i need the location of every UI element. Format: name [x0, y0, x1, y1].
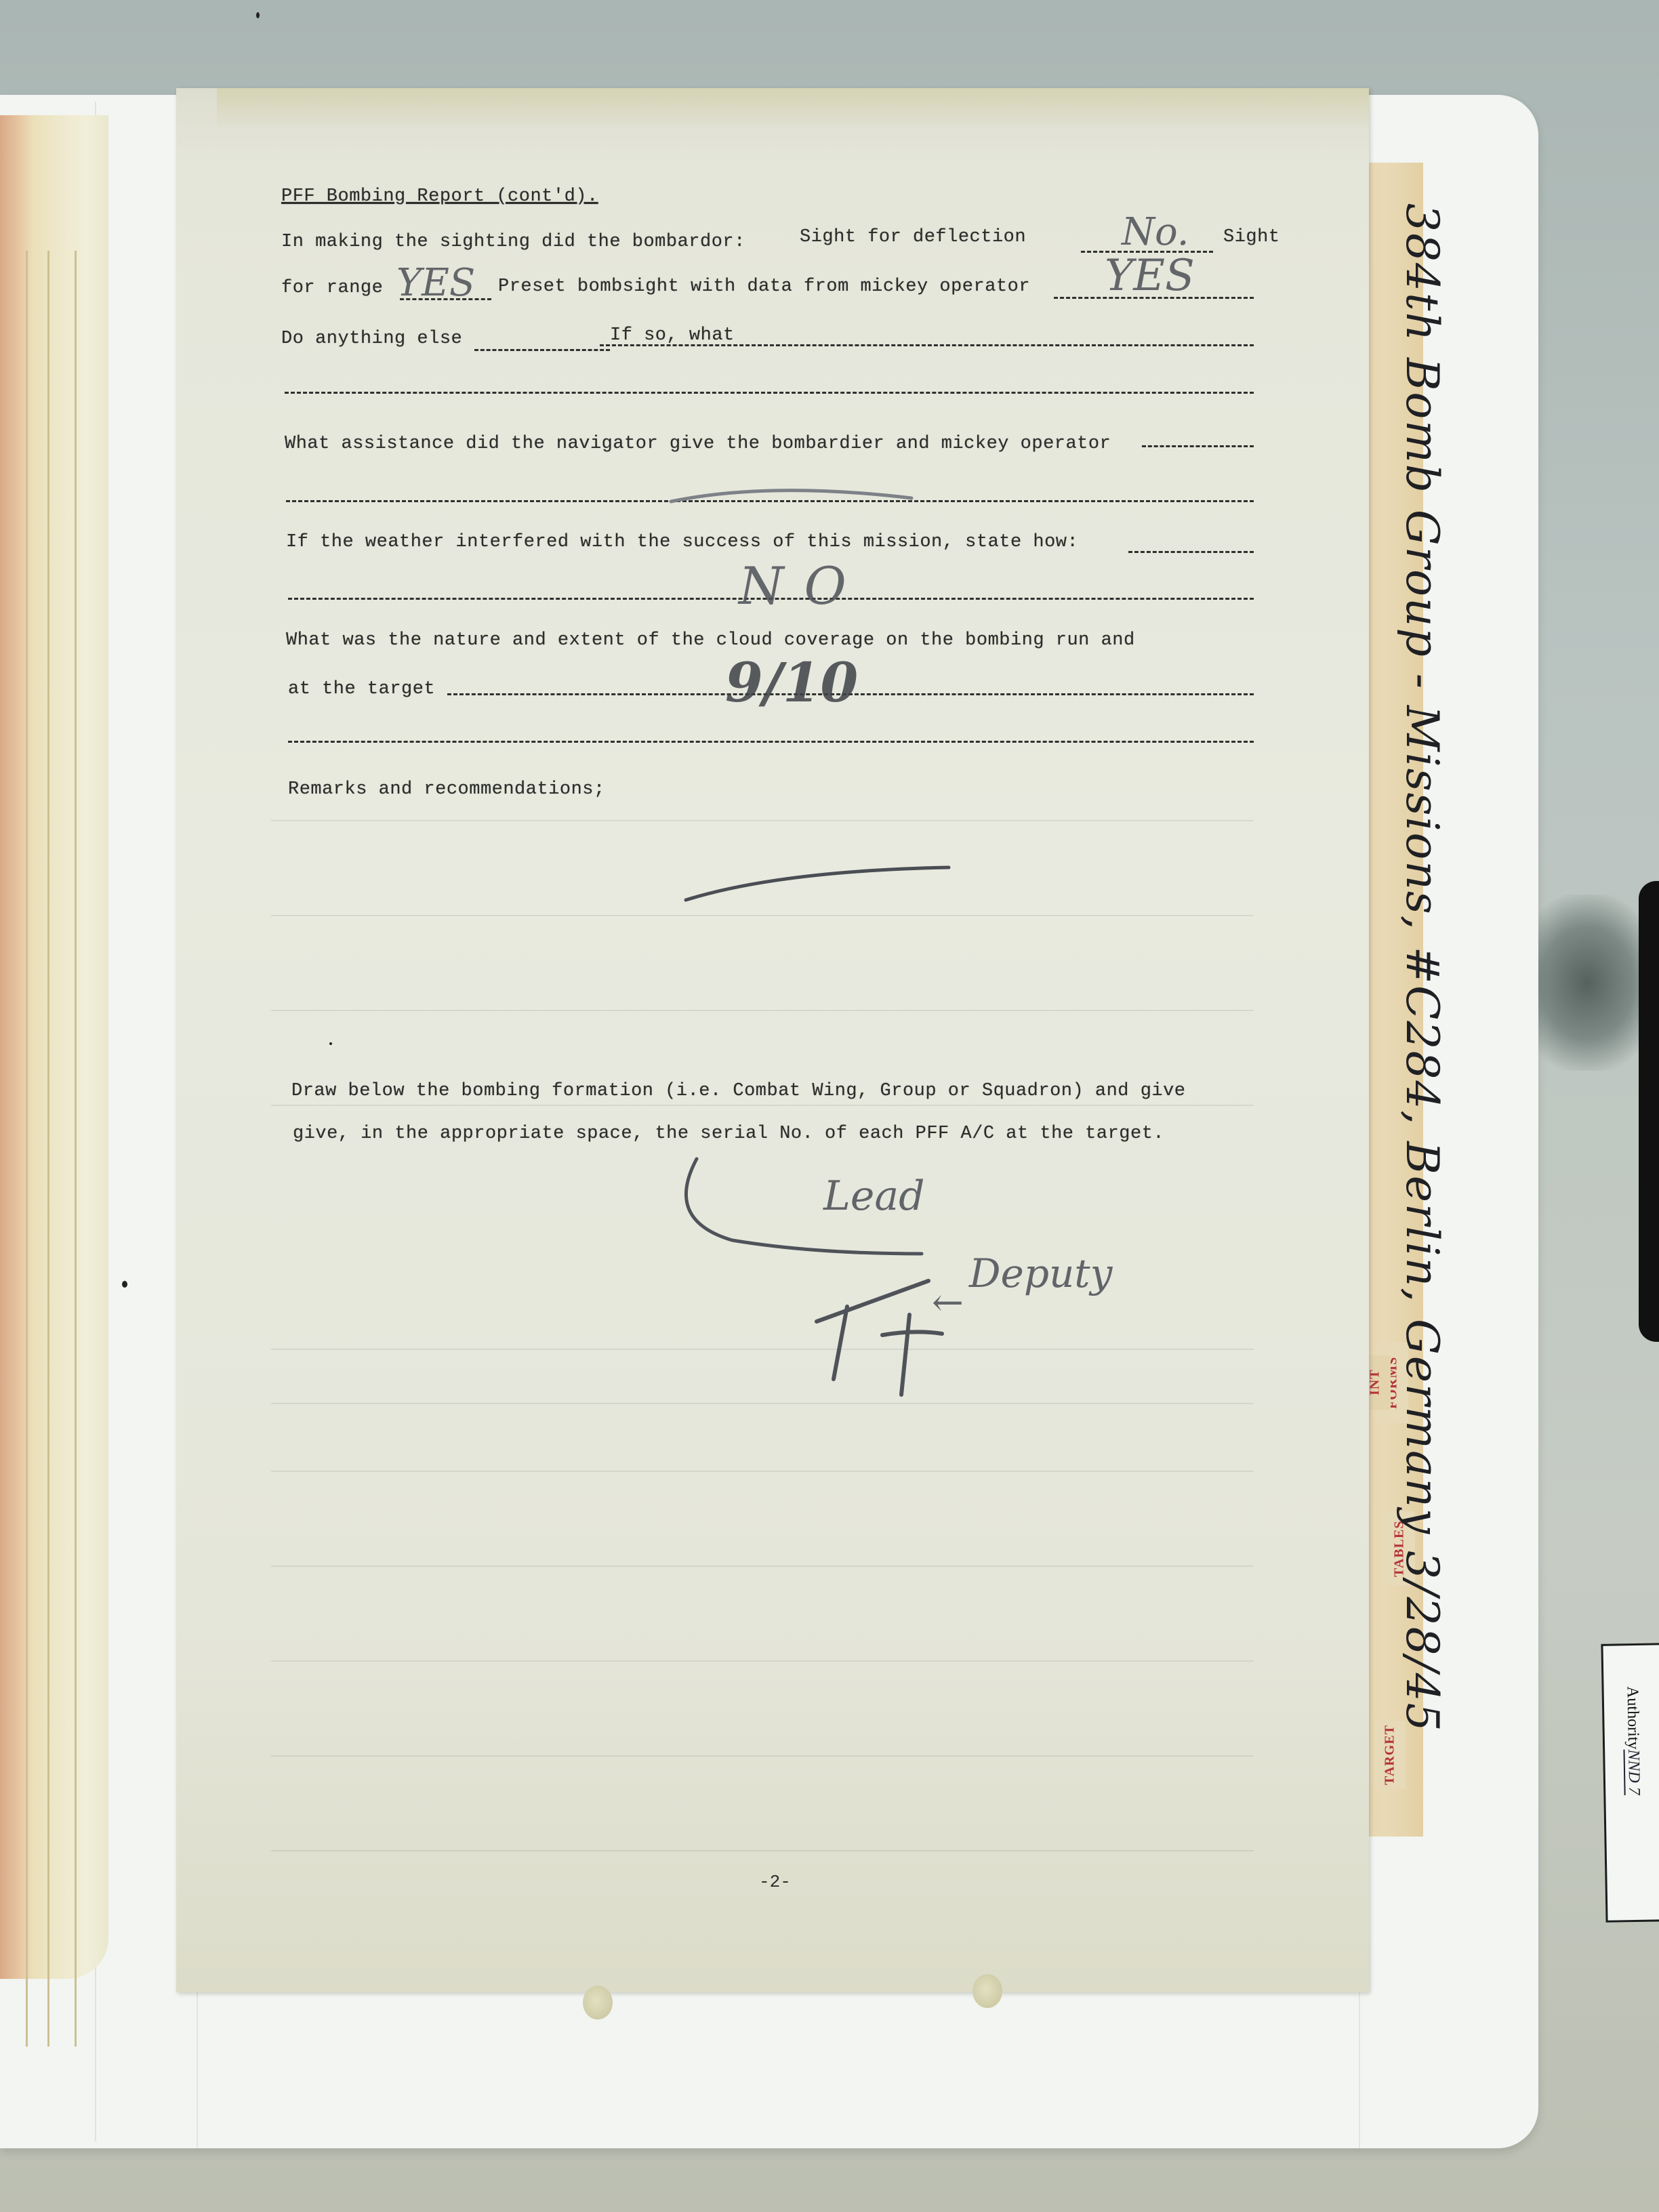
- deputy-arrow: ←: [932, 1281, 964, 1325]
- folder-crease: [197, 1986, 198, 2148]
- cloud-label-a: What was the nature and extent of the cl…: [286, 630, 1135, 651]
- weather-label: If the weather interfered with the succe…: [286, 532, 1078, 552]
- folder-crease: [1359, 1986, 1360, 2148]
- bleed-through-line: [271, 820, 1254, 821]
- page-edge: [26, 251, 28, 2047]
- weather-answer-line[interactable]: [1128, 551, 1254, 553]
- device-edge: [1639, 881, 1659, 1342]
- range-label-a: Sight: [1223, 227, 1280, 247]
- speck: [256, 12, 260, 18]
- deflection-answer[interactable]: No.: [1122, 210, 1189, 254]
- bleed-through-line: [271, 1660, 1254, 1662]
- navigator-label: What assistance did the navigator give t…: [285, 434, 1111, 454]
- lead-label: Lead: [823, 1172, 925, 1220]
- left-page-stack: [0, 115, 108, 1979]
- deflection-label: Sight for deflection: [800, 227, 1026, 247]
- anything-else-label: Do anything else: [281, 329, 462, 349]
- bleed-through-line: [271, 1010, 1254, 1011]
- cloud-label-b: at the target: [288, 679, 435, 699]
- remarks-label: Remarks and recommendations;: [288, 779, 605, 800]
- authority-text: AuthorityNND 7: [1623, 1686, 1643, 1795]
- deputy-label: Deputy: [969, 1250, 1112, 1296]
- authority-value: NND 7: [1624, 1749, 1643, 1795]
- cloud-answer-line-2[interactable]: [288, 741, 1254, 743]
- bleed-through-line: [271, 1105, 1254, 1106]
- pencil-dash-mark: [678, 861, 962, 908]
- authority-label: Authority: [1624, 1686, 1643, 1750]
- page-edge: [47, 251, 49, 2047]
- bleed-through-line: [271, 1850, 1254, 1851]
- bleed-through-line: [271, 1755, 1254, 1757]
- page-edge: [75, 251, 77, 2047]
- punch-hole: [972, 1974, 1002, 2008]
- page-title: PFF Bombing Report (cont'd).: [281, 186, 598, 207]
- authority-slip: AuthorityNND 7: [1601, 1643, 1659, 1923]
- navigator-answer-line[interactable]: [1142, 445, 1254, 447]
- folder-label-text: 384th Bomb Group - Missions, #C284, Berl…: [1396, 203, 1448, 1733]
- pencil-dash-mark: [668, 481, 925, 508]
- speck: [122, 1281, 127, 1288]
- preset-answer[interactable]: YES: [1105, 251, 1195, 301]
- report-page: PFF Bombing Report (cont'd). In making t…: [176, 88, 1369, 1992]
- preset-label: Preset bombsight with data from mickey o…: [498, 276, 1030, 297]
- folder-label: 384th Bomb Group - Missions, #C284, Berl…: [1396, 203, 1532, 1525]
- speck: [329, 1042, 332, 1045]
- bleed-through-line: [271, 1471, 1254, 1472]
- if-so-label: If so, what: [610, 325, 735, 346]
- range-label-b: for range: [281, 278, 383, 298]
- sighting-intro: In making the sighting did the bombardor…: [281, 232, 745, 252]
- if-so-answer-line[interactable]: [600, 344, 1254, 346]
- anything-else-answer-line[interactable]: [474, 349, 610, 351]
- formation-label-b: give, in the appropriate space, the seri…: [293, 1124, 1164, 1144]
- bleed-through-line: [271, 915, 1254, 916]
- if-so-answer-line-2[interactable]: [285, 392, 1254, 394]
- range-answer[interactable]: YES: [396, 261, 475, 305]
- page-top-edge: [217, 88, 1369, 129]
- cloud-answer[interactable]: 9/10: [725, 651, 858, 714]
- formation-label-a: Draw below the bombing formation (i.e. C…: [291, 1081, 1186, 1101]
- punch-hole: [583, 1986, 613, 2020]
- page-number: -2-: [759, 1872, 791, 1892]
- bleed-through-line: [271, 1565, 1254, 1567]
- weather-answer[interactable]: NO: [739, 556, 867, 616]
